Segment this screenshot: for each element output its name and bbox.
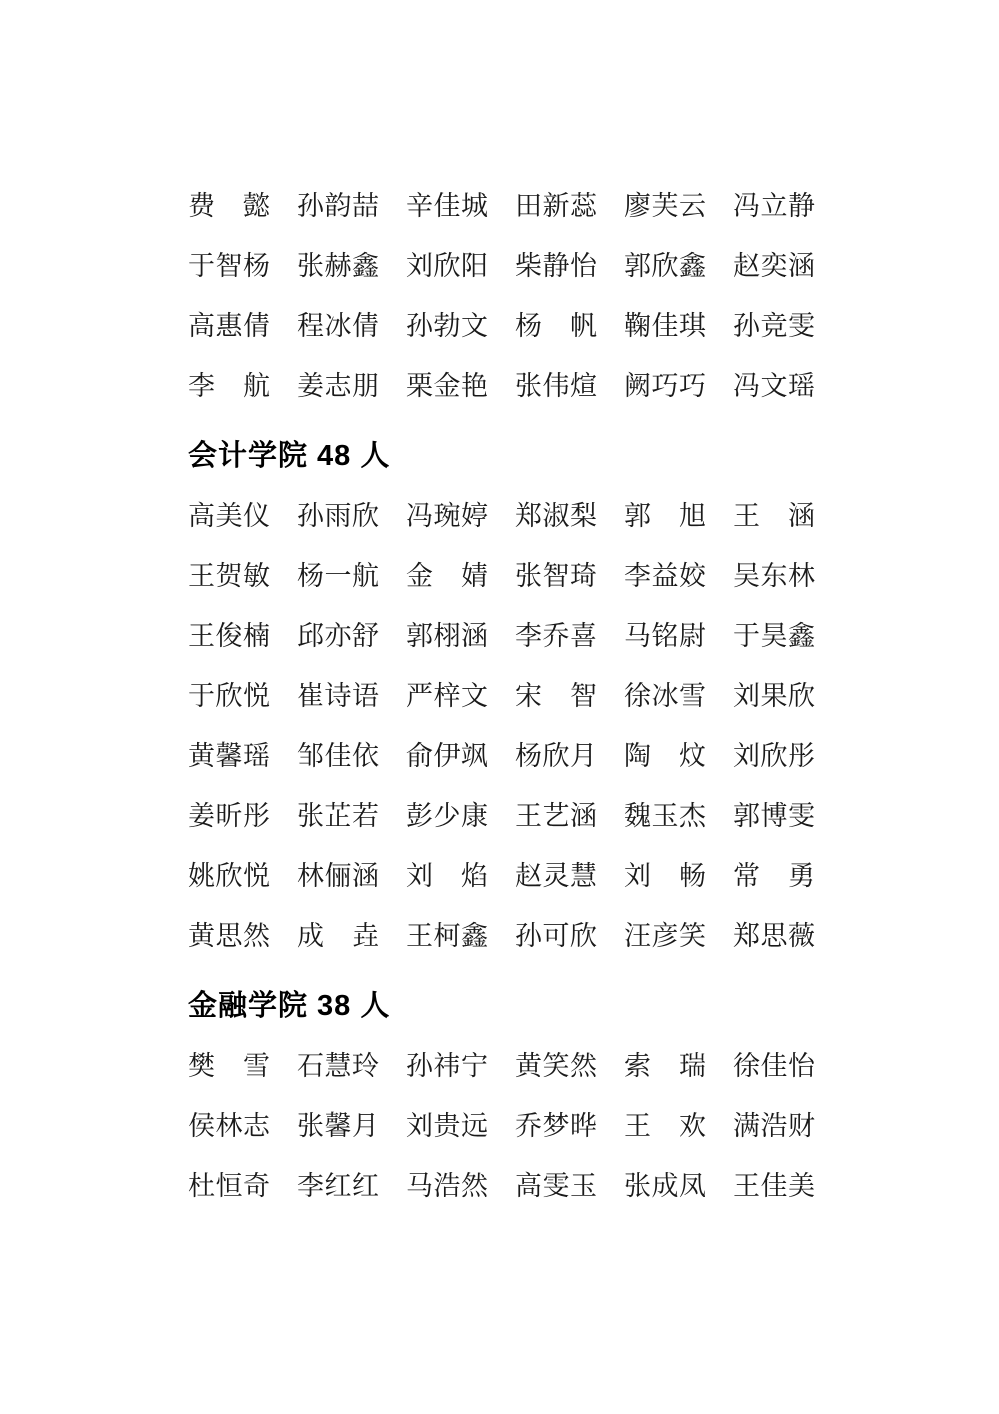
name-char: 邱 bbox=[297, 623, 324, 650]
student-name: 于欣悦 bbox=[188, 683, 270, 710]
name-char: 杰 bbox=[679, 803, 706, 830]
name-char: 孙 bbox=[515, 923, 542, 950]
name-char: 铭 bbox=[652, 623, 679, 650]
name-char: 馨 bbox=[325, 1113, 352, 1140]
student-name: 吴东林 bbox=[733, 563, 815, 590]
student-name: 赵灵慧 bbox=[515, 863, 597, 890]
name-char: 林 bbox=[788, 563, 815, 590]
name-char: 怡 bbox=[570, 253, 597, 280]
name-char: 亦 bbox=[325, 623, 352, 650]
student-name: 崔诗语 bbox=[297, 683, 379, 710]
name-row: 杜恒奇李红红马浩然高雯玉张成凤王佳美 bbox=[188, 1156, 815, 1216]
student-name: 王艺涵 bbox=[515, 803, 597, 830]
name-char: 欣 bbox=[543, 743, 570, 770]
student-name: 杨欣月 bbox=[515, 743, 597, 770]
name-char: 昊 bbox=[761, 623, 788, 650]
student-name: 张成凤 bbox=[624, 1173, 706, 1200]
name-char: 俊 bbox=[216, 623, 243, 650]
name-char: 常 bbox=[733, 863, 760, 890]
name-char: 美 bbox=[788, 1173, 815, 1200]
section: 会计学院 48 人高美仪孙雨欣冯琬婷郑淑梨郭旭王涵王贺敏杨一航金婧张智琦李益姣吴… bbox=[188, 422, 815, 966]
name-char: 巧 bbox=[679, 373, 706, 400]
name-char: 樊 bbox=[188, 1053, 215, 1080]
student-name: 马铭尉 bbox=[624, 623, 706, 650]
name-char: 倩 bbox=[243, 313, 270, 340]
name-char: 智 bbox=[216, 253, 243, 280]
name-char: 李 bbox=[515, 623, 542, 650]
name-char: 王 bbox=[188, 563, 215, 590]
name-char: 一 bbox=[325, 563, 352, 590]
student-name: 杨一航 bbox=[297, 563, 379, 590]
student-name: 孙可欣 bbox=[515, 923, 597, 950]
name-char: 石 bbox=[297, 1053, 324, 1080]
name-char: 欣 bbox=[216, 683, 243, 710]
name-char: 炆 bbox=[679, 743, 706, 770]
name-char: 鑫 bbox=[679, 253, 706, 280]
name-char: 智 bbox=[570, 683, 597, 710]
name-char: 巧 bbox=[652, 373, 679, 400]
student-name: 于昊鑫 bbox=[733, 623, 815, 650]
name-char: 彤 bbox=[788, 743, 815, 770]
name-char: 朋 bbox=[352, 373, 379, 400]
name-char: 航 bbox=[352, 563, 379, 590]
name-char: 栩 bbox=[434, 623, 461, 650]
name-char: 欣 bbox=[216, 863, 243, 890]
name-char: 益 bbox=[652, 563, 679, 590]
name-char: 金 bbox=[406, 563, 433, 590]
name-char: 张 bbox=[515, 563, 542, 590]
name-char: 郭 bbox=[624, 253, 651, 280]
name-char: 鑫 bbox=[788, 623, 815, 650]
name-char: 阙 bbox=[624, 373, 651, 400]
name-char: 刘 bbox=[406, 1113, 433, 1140]
document-page: 费懿孙韵喆辛佳城田新蕊廖芙云冯立静于智杨张赫鑫刘欣阳柴静怡郭欣鑫赵奕涵高惠倩程冰… bbox=[0, 0, 999, 1414]
student-name: 孙雨欣 bbox=[297, 503, 379, 530]
name-char: 喜 bbox=[570, 623, 597, 650]
name-char: 邹 bbox=[297, 743, 324, 770]
name-char: 若 bbox=[352, 803, 379, 830]
name-row: 王俊楠邱亦舒郭栩涵李乔喜马铭尉于昊鑫 bbox=[188, 606, 815, 666]
name-char: 玲 bbox=[352, 1053, 379, 1080]
name-char: 文 bbox=[461, 313, 488, 340]
name-char: 煊 bbox=[570, 373, 597, 400]
name-char: 红 bbox=[325, 1173, 352, 1200]
student-name: 彭少康 bbox=[406, 803, 488, 830]
name-char: 陶 bbox=[624, 743, 651, 770]
name-char: 佳 bbox=[761, 1173, 788, 1200]
name-char: 怡 bbox=[788, 1053, 815, 1080]
name-char: 高 bbox=[515, 1173, 542, 1200]
name-char: 高 bbox=[188, 313, 215, 340]
name-char: 索 bbox=[624, 1053, 651, 1080]
name-char: 东 bbox=[761, 563, 788, 590]
name-char: 慧 bbox=[325, 1053, 352, 1080]
student-name: 程冰倩 bbox=[297, 313, 379, 340]
student-name: 宋智 bbox=[515, 683, 597, 710]
name-char: 美 bbox=[216, 503, 243, 530]
student-name: 高惠倩 bbox=[188, 313, 270, 340]
student-name: 阙巧巧 bbox=[624, 373, 706, 400]
student-name: 刘欣阳 bbox=[406, 253, 488, 280]
name-char: 宁 bbox=[461, 1053, 488, 1080]
name-row: 于智杨张赫鑫刘欣阳柴静怡郭欣鑫赵奕涵 bbox=[188, 236, 815, 296]
name-char: 薇 bbox=[788, 923, 815, 950]
name-char: 张 bbox=[297, 803, 324, 830]
name-row: 于欣悦崔诗语严梓文宋智徐冰雪刘果欣 bbox=[188, 666, 815, 726]
name-char: 费 bbox=[188, 193, 215, 220]
student-name: 栗金艳 bbox=[406, 373, 488, 400]
student-name: 张芷若 bbox=[297, 803, 379, 830]
name-char: 刘 bbox=[624, 863, 651, 890]
student-name: 郑思薇 bbox=[733, 923, 815, 950]
name-char: 月 bbox=[352, 1113, 379, 1140]
name-char: 张 bbox=[297, 253, 324, 280]
name-char: 魏 bbox=[624, 803, 651, 830]
name-char: 乔 bbox=[515, 1113, 542, 1140]
name-char: 浩 bbox=[761, 1113, 788, 1140]
name-char: 欣 bbox=[761, 743, 788, 770]
name-char: 艳 bbox=[461, 373, 488, 400]
name-char: 佳 bbox=[652, 313, 679, 340]
name-char: 宋 bbox=[515, 683, 542, 710]
name-char: 彭 bbox=[406, 803, 433, 830]
student-name: 郭栩涵 bbox=[406, 623, 488, 650]
text-content: 费懿孙韵喆辛佳城田新蕊廖芙云冯立静于智杨张赫鑫刘欣阳柴静怡郭欣鑫赵奕涵高惠倩程冰… bbox=[188, 176, 815, 1216]
name-char: 馨 bbox=[216, 743, 243, 770]
name-row: 姜昕彤张芷若彭少康王艺涵魏玉杰郭博雯 bbox=[188, 786, 815, 846]
name-char: 琦 bbox=[570, 563, 597, 590]
student-name: 刘欣彤 bbox=[733, 743, 815, 770]
name-char: 财 bbox=[788, 1113, 815, 1140]
name-char: 笑 bbox=[543, 1053, 570, 1080]
student-name: 刘果欣 bbox=[733, 683, 815, 710]
name-char: 刘 bbox=[406, 253, 433, 280]
name-char: 姣 bbox=[679, 563, 706, 590]
name-char: 可 bbox=[543, 923, 570, 950]
name-char: 梨 bbox=[570, 503, 597, 530]
name-row: 高美仪孙雨欣冯琬婷郑淑梨郭旭王涵 bbox=[188, 486, 815, 546]
section-header: 会计学院 48 人 bbox=[188, 422, 815, 484]
student-name: 于智杨 bbox=[188, 253, 270, 280]
student-name: 马浩然 bbox=[406, 1173, 488, 1200]
name-char: 冯 bbox=[406, 503, 433, 530]
name-char: 雯 bbox=[543, 1173, 570, 1200]
student-name: 李乔喜 bbox=[515, 623, 597, 650]
name-row: 李航姜志朋栗金艳张伟煊阙巧巧冯文瑶 bbox=[188, 356, 815, 416]
name-row: 樊雪石慧玲孙祎宁黄笑然索瑞徐佳怡 bbox=[188, 1036, 815, 1096]
name-char: 艺 bbox=[543, 803, 570, 830]
name-char: 婷 bbox=[461, 503, 488, 530]
name-char: 玉 bbox=[570, 1173, 597, 1200]
student-name: 樊雪 bbox=[188, 1053, 270, 1080]
name-char: 瑶 bbox=[243, 743, 270, 770]
name-char: 惠 bbox=[216, 313, 243, 340]
name-char: 博 bbox=[761, 803, 788, 830]
name-char: 语 bbox=[352, 683, 379, 710]
name-char: 然 bbox=[243, 923, 270, 950]
name-char: 杨 bbox=[515, 313, 542, 340]
name-char: 静 bbox=[788, 193, 815, 220]
student-name: 陶炆 bbox=[624, 743, 706, 770]
name-char: 李 bbox=[188, 373, 215, 400]
name-char: 阳 bbox=[461, 253, 488, 280]
name-char: 喆 bbox=[352, 193, 379, 220]
student-name: 高美仪 bbox=[188, 503, 270, 530]
name-char: 徐 bbox=[624, 683, 651, 710]
student-name: 刘贵远 bbox=[406, 1113, 488, 1140]
name-char: 涵 bbox=[461, 623, 488, 650]
name-char: 芙 bbox=[652, 193, 679, 220]
name-char: 冰 bbox=[325, 313, 352, 340]
name-char: 雨 bbox=[325, 503, 352, 530]
name-char: 悦 bbox=[243, 863, 270, 890]
name-char: 黄 bbox=[188, 743, 215, 770]
student-name: 索瑞 bbox=[624, 1053, 706, 1080]
name-row: 费懿孙韵喆辛佳城田新蕊廖芙云冯立静 bbox=[188, 176, 815, 236]
name-char: 欣 bbox=[434, 253, 461, 280]
name-char: 张 bbox=[624, 1173, 651, 1200]
name-char: 成 bbox=[297, 923, 324, 950]
student-name: 常勇 bbox=[733, 863, 815, 890]
name-char: 田 bbox=[515, 193, 542, 220]
name-char: 畅 bbox=[679, 863, 706, 890]
name-char: 郑 bbox=[515, 503, 542, 530]
name-char: 笑 bbox=[679, 923, 706, 950]
name-char: 张 bbox=[297, 1113, 324, 1140]
name-char: 敏 bbox=[243, 563, 270, 590]
student-name: 邱亦舒 bbox=[297, 623, 379, 650]
name-char: 孙 bbox=[297, 193, 324, 220]
name-char: 刘 bbox=[733, 683, 760, 710]
name-char: 刘 bbox=[406, 863, 433, 890]
name-char: 吴 bbox=[733, 563, 760, 590]
student-name: 李航 bbox=[188, 373, 270, 400]
name-char: 于 bbox=[733, 623, 760, 650]
student-name: 魏玉杰 bbox=[624, 803, 706, 830]
name-char: 柯 bbox=[434, 923, 461, 950]
name-char: 林 bbox=[216, 1113, 243, 1140]
student-name: 郑淑梨 bbox=[515, 503, 597, 530]
student-name: 姜昕彤 bbox=[188, 803, 270, 830]
name-char: 刘 bbox=[733, 743, 760, 770]
name-char: 马 bbox=[624, 623, 651, 650]
name-char: 杨 bbox=[243, 253, 270, 280]
name-char: 彦 bbox=[652, 923, 679, 950]
name-char: 鞠 bbox=[624, 313, 651, 340]
name-char: 程 bbox=[297, 313, 324, 340]
name-char: 倩 bbox=[352, 313, 379, 340]
student-name: 汪彦笑 bbox=[624, 923, 706, 950]
name-char: 赫 bbox=[325, 253, 352, 280]
name-char: 伟 bbox=[543, 373, 570, 400]
name-char: 鑫 bbox=[461, 923, 488, 950]
name-char: 思 bbox=[761, 923, 788, 950]
student-name: 林俪涵 bbox=[297, 863, 379, 890]
name-char: 静 bbox=[543, 253, 570, 280]
name-char: 满 bbox=[733, 1113, 760, 1140]
name-char: 于 bbox=[188, 683, 215, 710]
name-char: 冯 bbox=[733, 193, 760, 220]
student-name: 满浩财 bbox=[733, 1113, 815, 1140]
name-char: 琪 bbox=[679, 313, 706, 340]
name-char: 奕 bbox=[761, 253, 788, 280]
name-char: 佳 bbox=[434, 193, 461, 220]
name-char: 俪 bbox=[325, 863, 352, 890]
name-char: 楠 bbox=[243, 623, 270, 650]
name-char: 梦 bbox=[543, 1113, 570, 1140]
name-char: 梓 bbox=[434, 683, 461, 710]
name-char: 蕊 bbox=[570, 193, 597, 220]
name-char: 懿 bbox=[243, 193, 270, 220]
student-name: 刘畅 bbox=[624, 863, 706, 890]
student-name: 李益姣 bbox=[624, 563, 706, 590]
name-char: 竞 bbox=[761, 313, 788, 340]
name-char: 严 bbox=[406, 683, 433, 710]
student-name: 张智琦 bbox=[515, 563, 597, 590]
name-char: 云 bbox=[679, 193, 706, 220]
name-char: 祎 bbox=[434, 1053, 461, 1080]
name-char: 城 bbox=[461, 193, 488, 220]
name-row: 王贺敏杨一航金婧张智琦李益姣吴东林 bbox=[188, 546, 815, 606]
student-name: 徐佳怡 bbox=[733, 1053, 815, 1080]
name-char: 芷 bbox=[325, 803, 352, 830]
name-char: 冰 bbox=[652, 683, 679, 710]
name-char: 晔 bbox=[570, 1113, 597, 1140]
student-name: 张馨月 bbox=[297, 1113, 379, 1140]
name-char: 涵 bbox=[788, 253, 815, 280]
student-name: 姜志朋 bbox=[297, 373, 379, 400]
name-char: 郭 bbox=[406, 623, 433, 650]
name-char: 月 bbox=[570, 743, 597, 770]
name-char: 瑞 bbox=[679, 1053, 706, 1080]
student-name: 杨帆 bbox=[515, 313, 597, 340]
name-char: 彤 bbox=[243, 803, 270, 830]
student-name: 姚欣悦 bbox=[188, 863, 270, 890]
name-char: 慧 bbox=[570, 863, 597, 890]
name-char: 杜 bbox=[188, 1173, 215, 1200]
name-char: 瑶 bbox=[788, 373, 815, 400]
student-name: 冯立静 bbox=[733, 193, 815, 220]
name-char: 孙 bbox=[733, 313, 760, 340]
name-char: 立 bbox=[761, 193, 788, 220]
student-name: 王佳美 bbox=[733, 1173, 815, 1200]
name-char: 文 bbox=[761, 373, 788, 400]
name-char: 伊 bbox=[434, 743, 461, 770]
student-name: 孙韵喆 bbox=[297, 193, 379, 220]
name-char: 涵 bbox=[788, 503, 815, 530]
name-char: 旭 bbox=[679, 503, 706, 530]
name-char: 凤 bbox=[679, 1173, 706, 1200]
student-name: 黄笑然 bbox=[515, 1053, 597, 1080]
name-char: 志 bbox=[243, 1113, 270, 1140]
student-name: 高雯玉 bbox=[515, 1173, 597, 1200]
name-char: 贺 bbox=[216, 563, 243, 590]
student-name: 成垚 bbox=[297, 923, 379, 950]
name-char: 姜 bbox=[297, 373, 324, 400]
name-char: 少 bbox=[434, 803, 461, 830]
name-char: 杨 bbox=[515, 743, 542, 770]
student-name: 刘焰 bbox=[406, 863, 488, 890]
student-name: 俞伊飒 bbox=[406, 743, 488, 770]
student-name: 费懿 bbox=[188, 193, 270, 220]
student-name: 张赫鑫 bbox=[297, 253, 379, 280]
student-name: 冯琬婷 bbox=[406, 503, 488, 530]
name-char: 红 bbox=[352, 1173, 379, 1200]
name-char: 淑 bbox=[543, 503, 570, 530]
name-char: 李 bbox=[297, 1173, 324, 1200]
name-char: 柴 bbox=[515, 253, 542, 280]
name-char: 欣 bbox=[570, 923, 597, 950]
name-char: 雯 bbox=[788, 803, 815, 830]
student-name: 田新蕊 bbox=[515, 193, 597, 220]
student-name: 严梓文 bbox=[406, 683, 488, 710]
name-char: 金 bbox=[434, 373, 461, 400]
name-char: 郭 bbox=[733, 803, 760, 830]
name-char: 佳 bbox=[761, 1053, 788, 1080]
student-name: 赵奕涵 bbox=[733, 253, 815, 280]
name-char: 焰 bbox=[461, 863, 488, 890]
name-char: 高 bbox=[188, 503, 215, 530]
name-char: 姚 bbox=[188, 863, 215, 890]
student-name: 邹佳依 bbox=[297, 743, 379, 770]
name-char: 徐 bbox=[733, 1053, 760, 1080]
student-name: 王贺敏 bbox=[188, 563, 270, 590]
student-name: 徐冰雪 bbox=[624, 683, 706, 710]
name-char: 郑 bbox=[733, 923, 760, 950]
name-char: 果 bbox=[761, 683, 788, 710]
name-char: 涵 bbox=[352, 863, 379, 890]
name-char: 孙 bbox=[297, 503, 324, 530]
student-name: 孙勃文 bbox=[406, 313, 488, 340]
name-char: 辛 bbox=[406, 193, 433, 220]
name-char: 王 bbox=[733, 1173, 760, 1200]
student-name: 侯林志 bbox=[188, 1113, 270, 1140]
name-char: 然 bbox=[570, 1053, 597, 1080]
name-char: 文 bbox=[461, 683, 488, 710]
name-char: 舒 bbox=[352, 623, 379, 650]
name-char: 涵 bbox=[570, 803, 597, 830]
name-row: 高惠倩程冰倩孙勃文杨帆鞠佳琪孙竞雯 bbox=[188, 296, 815, 356]
student-name: 郭旭 bbox=[624, 503, 706, 530]
name-char: 欣 bbox=[788, 683, 815, 710]
name-char: 马 bbox=[406, 1173, 433, 1200]
student-name: 王欢 bbox=[624, 1113, 706, 1140]
student-name: 金婧 bbox=[406, 563, 488, 590]
name-row: 黄思然成垚王柯鑫孙可欣汪彦笑郑思薇 bbox=[188, 906, 815, 966]
name-char: 勇 bbox=[788, 863, 815, 890]
student-name: 柴静怡 bbox=[515, 253, 597, 280]
name-char: 黄 bbox=[515, 1053, 542, 1080]
name-char: 思 bbox=[216, 923, 243, 950]
name-char: 赵 bbox=[515, 863, 542, 890]
name-char: 栗 bbox=[406, 373, 433, 400]
name-char: 仪 bbox=[243, 503, 270, 530]
name-char: 李 bbox=[624, 563, 651, 590]
student-name: 乔梦晔 bbox=[515, 1113, 597, 1140]
student-name: 冯文瑶 bbox=[733, 373, 815, 400]
name-char: 飒 bbox=[461, 743, 488, 770]
student-name: 郭欣鑫 bbox=[624, 253, 706, 280]
student-name: 孙祎宁 bbox=[406, 1053, 488, 1080]
student-name: 郭博雯 bbox=[733, 803, 815, 830]
student-name: 张伟煊 bbox=[515, 373, 597, 400]
student-name: 鞠佳琪 bbox=[624, 313, 706, 340]
name-char: 林 bbox=[297, 863, 324, 890]
name-char: 孙 bbox=[406, 313, 433, 340]
name-char: 俞 bbox=[406, 743, 433, 770]
section-header: 金融学院 38 人 bbox=[188, 972, 815, 1034]
name-char: 欣 bbox=[352, 503, 379, 530]
